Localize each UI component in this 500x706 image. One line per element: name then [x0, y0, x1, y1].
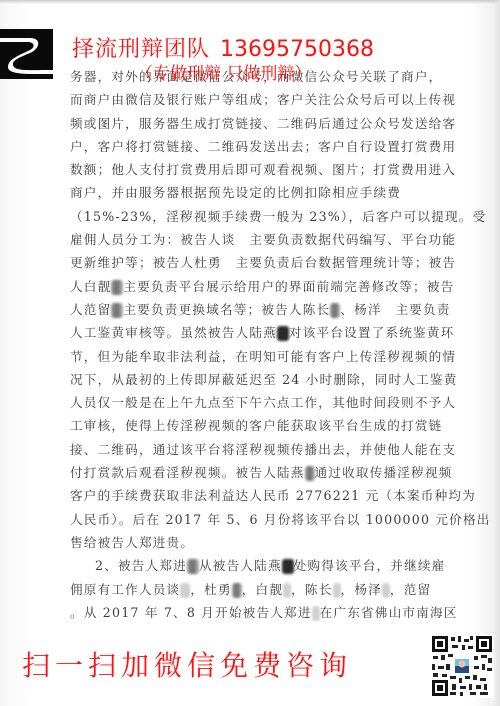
redaction-block [180, 583, 190, 598]
redaction-block [187, 559, 199, 574]
doc-line: 节，但为能牟取非法利益，在明知可能有客户上传淫秽视频的情 [70, 345, 480, 368]
redaction-block [232, 583, 242, 598]
doc-line: 人范留主要负责更换域名等；被告人陈长、杨洋 主要负责 [70, 298, 480, 321]
doc-text: 主要负责更换域名等；被告人陈长 [123, 302, 330, 317]
redaction-block [333, 583, 341, 598]
doc-text: ，范留 [390, 582, 431, 597]
doc-text: 、杨洋 主要负责 [340, 302, 450, 317]
doc-text: 佣原有工作人员谈 [70, 582, 180, 597]
doc-line: 佣原有工作人员谈，杜勇，白靓，陈长，杨泽，范留 [70, 578, 480, 601]
doc-line: 商户，并由服务器根据预先设定的比例扣除相应手续费 [70, 181, 480, 204]
doc-text: 。从 2017 年 7、8 月开始被告人郑进 [70, 605, 312, 620]
scanned-document-page: 择流刑辩团队13695750368 （专做刑辩 只做刑辩） 务器，对外的界面是微… [0, 0, 500, 706]
redaction-block [111, 303, 123, 318]
doc-line: 人工鉴黄审核等。虽然被告人陆燕对该平台设置了系统鉴黄环 [70, 321, 480, 344]
doc-text: ，白靓 [242, 582, 283, 597]
doc-line: （15%-23%，淫秽视频手续费一般为 23%），后客户可以提现。受 [70, 205, 480, 228]
scan-top-shadow [0, 0, 500, 4]
doc-text: 2、被告人郑进 [95, 558, 187, 573]
redaction-block [330, 303, 340, 318]
doc-line: 工审核，使得上传淫秽视频的客户能获取该平台生成的打赏链 [70, 414, 480, 437]
doc-line: 人白靓主要负责平台展示给用户的界面前端完善修改等；被告 [70, 275, 480, 298]
doc-text: 从被告人陆燕 [199, 558, 282, 573]
watermark-slogan: （专做刑辩 只做刑辩） [136, 59, 311, 84]
doc-text: 在广东省佛山市南海区 [320, 605, 458, 620]
doc-line: 更新维护等；被告人杜勇 主要负责后台数据管理统计等；被告 [70, 251, 480, 274]
doc-line: 接、二维码，通过该平台将淫秽视频传播出去，并使他人能在支 [70, 438, 480, 461]
redaction-block [277, 326, 289, 341]
redaction-block [282, 559, 294, 574]
doc-text: 付打赏款后观看淫秽视频。被告人陆燕 [70, 465, 305, 480]
doc-line: 雇佣人员分工为：被告人谈 主要负责数据代码编写、平台功能 [70, 228, 480, 251]
doc-line: 售给被告人郑进贵。 [70, 531, 480, 554]
doc-line: 频或图片，服务器生成打赏链接、二维码后通过公众号发送给客 [70, 112, 480, 135]
doc-line: 人民币）。后在 2017 年 5、6 月份将该平台以 1000000 元价格出 [70, 508, 480, 531]
doc-text: 人白靓 [70, 279, 111, 294]
doc-line: 客户的手续费获取非法利益达人民币 2776221 元（本案币种均为 [70, 484, 480, 507]
doc-text: ，杨泽 [341, 582, 382, 597]
doc-line: 。从 2017 年 7、8 月开始被告人郑进在广东省佛山市南海区 [70, 601, 480, 624]
doc-text: 对该平台设置了系统鉴黄环 [289, 325, 455, 340]
redaction-block [382, 583, 390, 598]
redaction-block [312, 606, 320, 621]
doc-line: 数额；他人支付打赏费用后即可观看视频、图片；打赏费用进入 [70, 158, 480, 181]
doc-text: 处购得该平台，并继续雇 [294, 558, 446, 573]
redaction-block [305, 466, 315, 481]
redaction-block [283, 583, 291, 598]
doc-text: ，杜勇 [190, 582, 231, 597]
doc-text: ，陈长 [291, 582, 332, 597]
doc-line: 户，客户将打赏链接、二维码发送出去；客户自行设置打赏费用 [70, 135, 480, 158]
doc-line: 付打赏款后观看淫秽视频。被告人陆燕通过收取传播淫秽视频 [70, 461, 480, 484]
document-body: 务器，对外的界面是微信公众号，而微信公众号关联了商户， 而商户由微信及银行账户等… [70, 65, 480, 624]
doc-text: 人范留 [70, 302, 111, 317]
doc-text: 主要负责平台展示给用户的界面前端完善修改等；被告 [123, 279, 454, 294]
watermark-call-to-action: 扫一扫加微信免费咨询 [22, 644, 352, 684]
doc-line: 2、被告人郑进从被告人陆燕处购得该平台，并继续雇 [70, 554, 480, 577]
scan-right-edge [494, 0, 500, 706]
doc-line: 况下，从最初的上传即屏蔽延迟至 24 小时删除，同时人工鉴黄 [70, 368, 480, 391]
wechat-qr-code-icon[interactable] [430, 634, 494, 698]
doc-line: 人员仅一般是在上午九点至下午六点工作，其他时间段则不予人 [70, 391, 480, 414]
doc-line: 而商户由微信及银行账户等组成；客户关注公众号后可以上传视 [70, 88, 480, 111]
redaction-block [111, 280, 123, 295]
stylized-z-logo-icon [0, 29, 53, 79]
doc-text: 人工鉴黄审核等。虽然被告人陆燕 [70, 325, 277, 340]
doc-text: 通过收取传播淫秽视频 [315, 465, 453, 480]
